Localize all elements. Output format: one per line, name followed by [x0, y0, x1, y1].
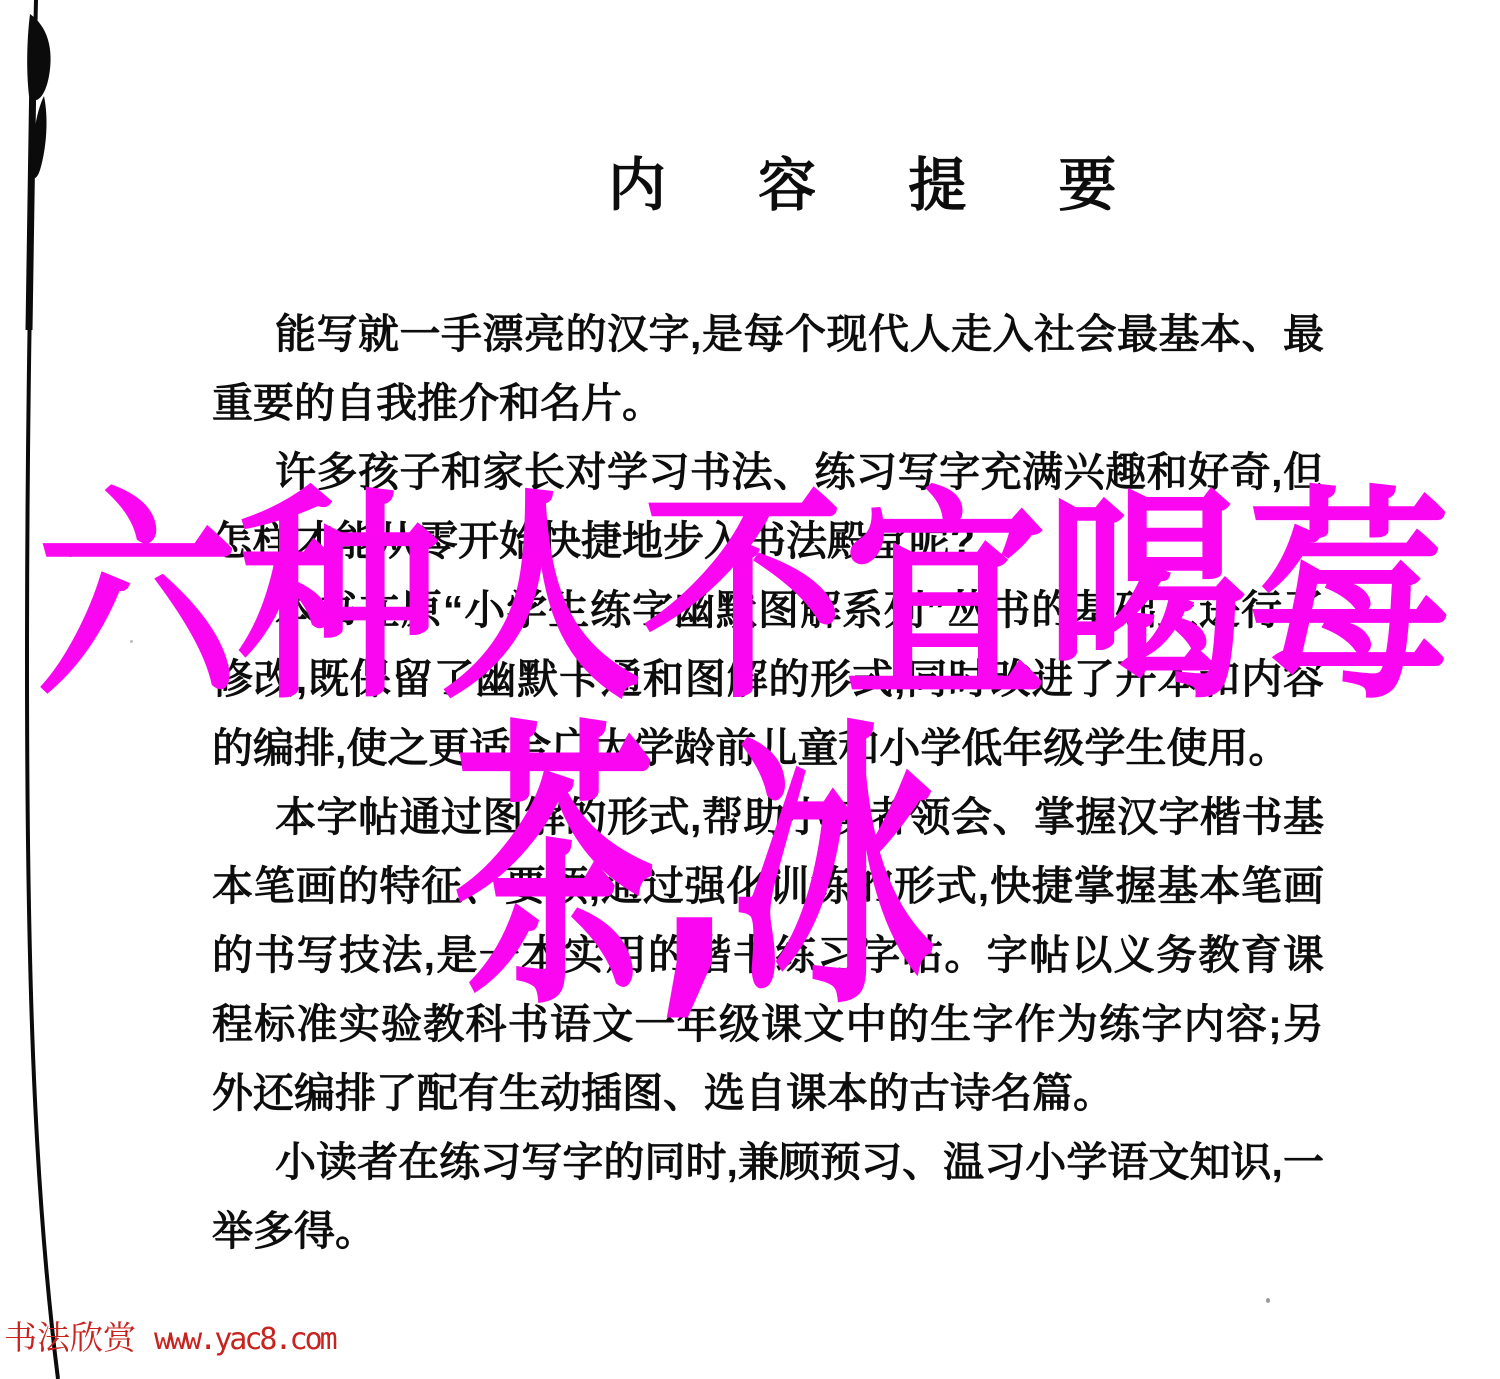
scan-speck	[1266, 1298, 1270, 1303]
site-watermark-url: www.yac8.com	[154, 1322, 335, 1357]
scanned-book-page: 内 容 提 要 能写就一手漂亮的汉字,是每个现代人走入社会最基本、最重要的自我推…	[0, 0, 1500, 1379]
magenta-watermark-text-line2: 茶,冰	[454, 718, 935, 1021]
paragraph-1: 能写就一手漂亮的汉字,是每个现代人走入社会最基本、最重要的自我推介和名片。	[212, 300, 1324, 438]
site-watermark: 书法欣赏 www.yac8.com	[4, 1312, 335, 1359]
site-watermark-name: 书法欣赏	[4, 1312, 136, 1359]
page-title: 内 容 提 要	[608, 138, 1154, 222]
magenta-watermark-text-line1: 六种人不宜喝莓	[36, 485, 1450, 711]
paragraph-5: 小读者在练习写字的同时,兼顾预习、温习小学语文知识,一举多得。	[212, 1128, 1324, 1266]
